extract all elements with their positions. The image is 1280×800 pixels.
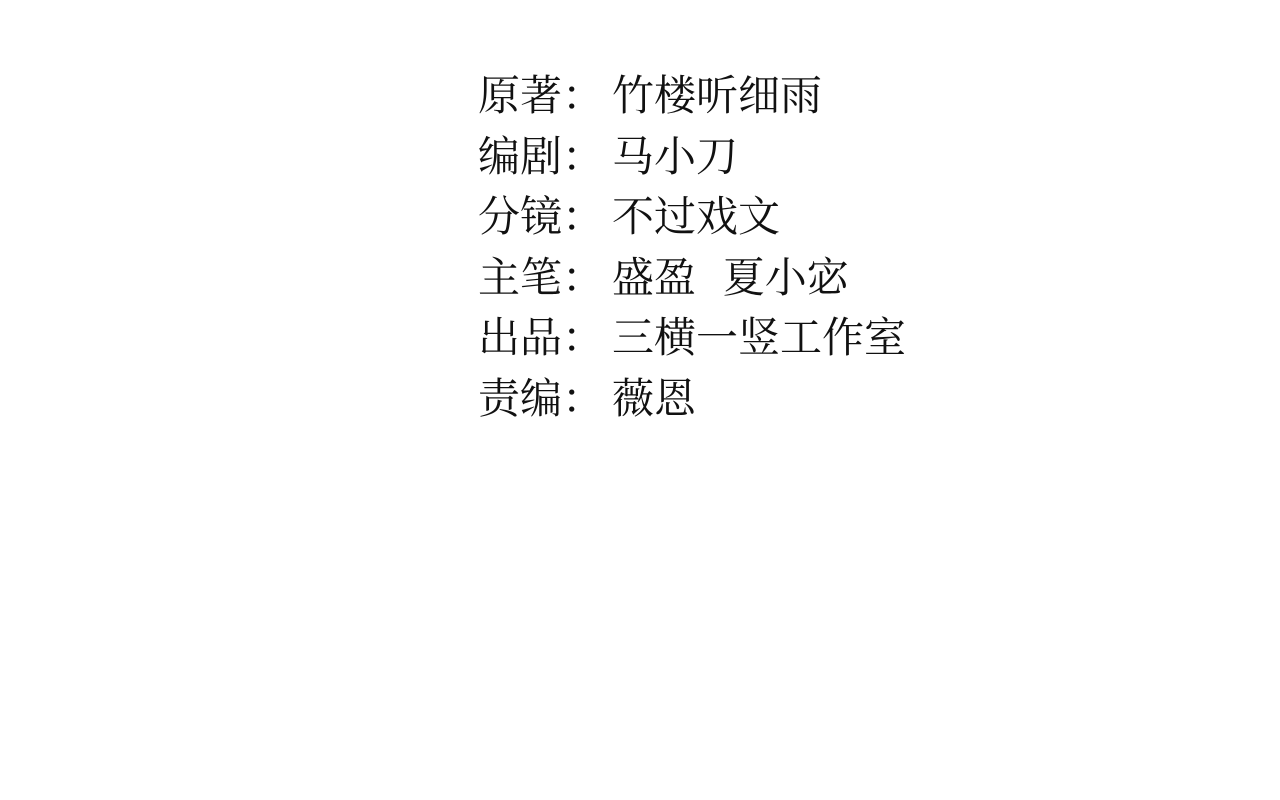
credit-label: 编剧： <box>478 127 612 188</box>
credit-value: 盛盈 夏小宓 <box>612 248 849 309</box>
credit-value: 竹楼听细雨 <box>612 66 822 127</box>
credit-row-screenwriter: 编剧： 马小刀 <box>478 127 906 188</box>
credit-value: 不过戏文 <box>612 187 780 248</box>
credit-label: 出品： <box>478 308 612 369</box>
credits-block: 原著： 竹楼听细雨 编剧： 马小刀 分镜： 不过戏文 主笔： 盛盈 夏小宓 出品… <box>478 66 906 429</box>
credit-label: 分镜： <box>478 187 612 248</box>
credit-value: 薇恩 <box>612 369 696 430</box>
credit-row-editor: 责编： 薇恩 <box>478 369 906 430</box>
credit-row-storyboard: 分镜： 不过戏文 <box>478 187 906 248</box>
credit-label: 主笔： <box>478 248 612 309</box>
credit-row-lead-artist: 主笔： 盛盈 夏小宓 <box>478 248 906 309</box>
credit-value: 马小刀 <box>612 127 738 188</box>
credit-value: 三横一竖工作室 <box>612 308 906 369</box>
credit-row-producer: 出品： 三横一竖工作室 <box>478 308 906 369</box>
credit-label: 责编： <box>478 369 612 430</box>
credit-row-original-author: 原著： 竹楼听细雨 <box>478 66 906 127</box>
credit-label: 原著： <box>478 66 612 127</box>
